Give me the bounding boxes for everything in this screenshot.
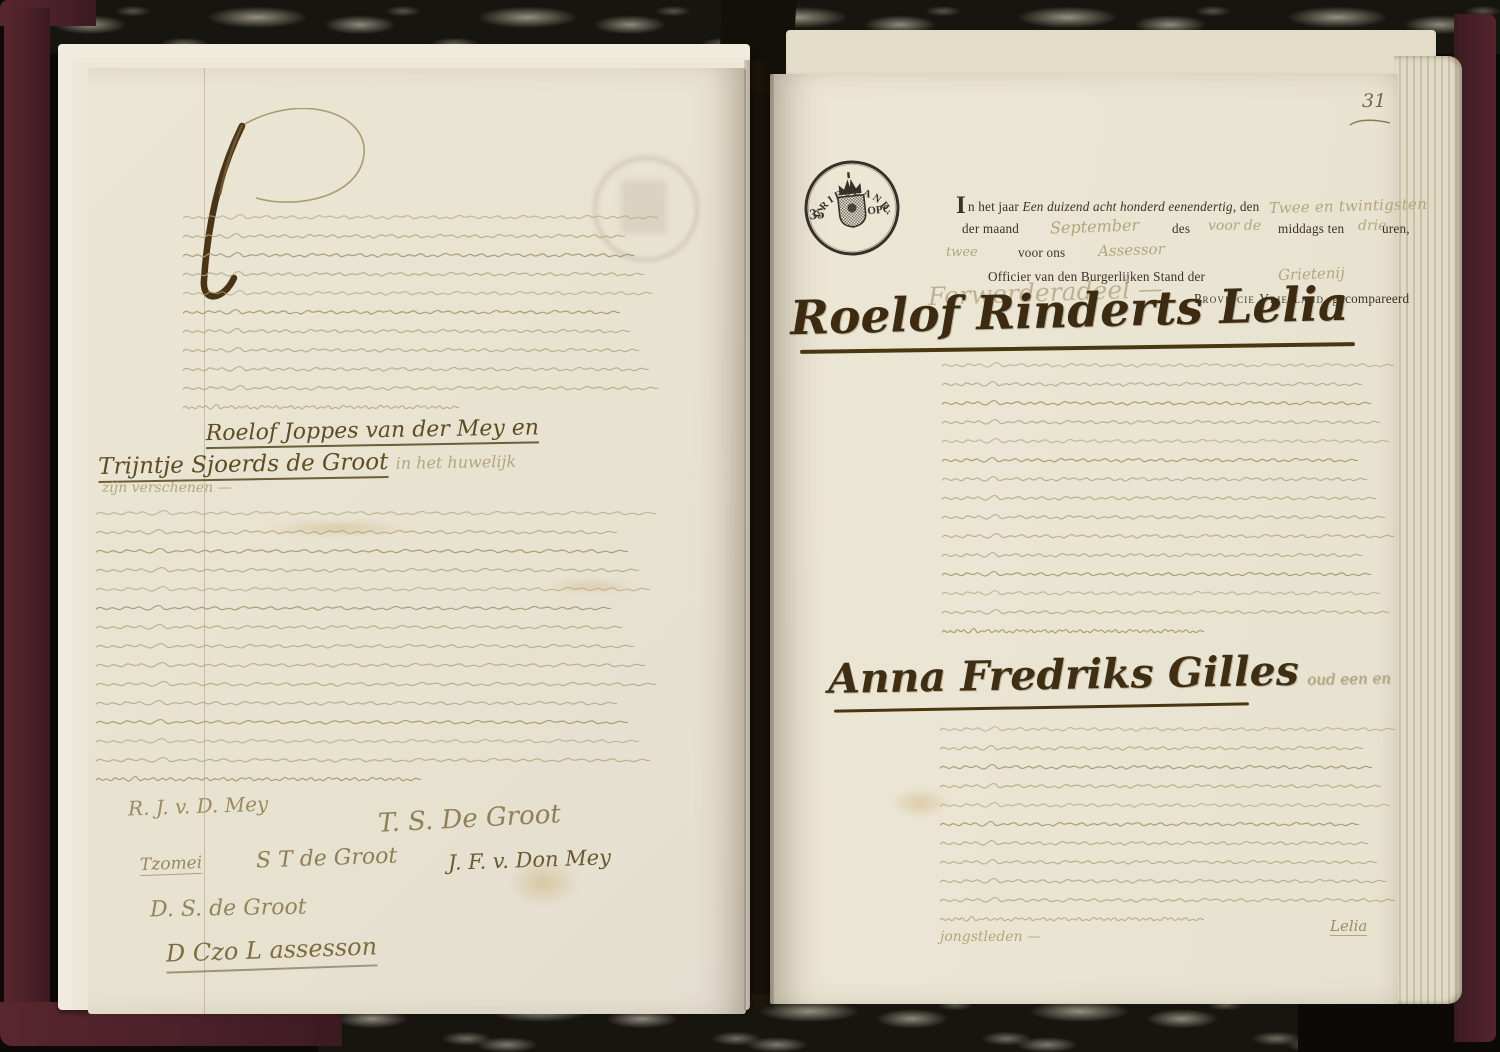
book-gutter xyxy=(744,60,774,1010)
written-day: Twee en twintigsten xyxy=(1269,195,1427,217)
couple-suffix: in het huwelijk xyxy=(396,452,517,473)
signature: D. S. de Groot xyxy=(150,895,307,923)
handwritten-paragraph xyxy=(96,506,656,791)
form-line-3: voor ons xyxy=(1018,245,1065,261)
page-edges-top xyxy=(786,30,1436,80)
signature: Tzomei xyxy=(140,853,203,876)
closing-words: zijn verschenen — xyxy=(102,480,232,496)
signature: T. S. De Groot xyxy=(377,799,561,839)
bride-name-calligraphy: Anna Fredriks Gillesoud een en xyxy=(828,645,1391,703)
paper-stain xyxy=(263,520,413,536)
form-line-2-label: der maand xyxy=(962,221,1019,237)
bride-suffix: oud een en xyxy=(1307,669,1391,688)
handwritten-paragraph xyxy=(183,210,658,419)
bride-underline xyxy=(834,702,1249,712)
stamp-value: 35 xyxy=(809,206,826,223)
body-last-words: jongstleden — xyxy=(940,929,1041,945)
signature: R. J. v. D. Mey xyxy=(128,792,269,821)
paper-stain xyxy=(508,860,578,906)
written-margin-word: twee xyxy=(946,245,978,260)
clerk-signature: Lelia xyxy=(1330,917,1367,936)
written-officer: Assessor xyxy=(1098,240,1165,260)
written-month: September xyxy=(1050,215,1140,237)
revenue-stamp: VRIESLAND. 35 OPC xyxy=(797,153,907,263)
leather-cover-left xyxy=(4,8,50,1044)
book-scan: Roelof Joppes van der Mey en Trijntje Sj… xyxy=(0,0,1500,1052)
groom-name-calligraphy: Roelof Rinderts Lelia xyxy=(789,277,1349,347)
couple-name-bride: Trijntje Sjoerds de Groot xyxy=(98,449,389,483)
form-dropcap: I xyxy=(956,192,966,219)
paper-stain xyxy=(543,580,638,592)
page-number-flourish xyxy=(1348,116,1392,128)
right-page: 31 VRIESLAND. 35 OPC In het jaar Een dui… xyxy=(770,74,1398,1004)
written-daypart: voor de xyxy=(1208,218,1261,234)
signature: D Czo L assesson xyxy=(165,932,377,973)
handwritten-paragraph xyxy=(940,722,1395,931)
stamp-opc: OPC xyxy=(867,203,891,217)
paper-stain xyxy=(890,788,950,818)
signature: S T de Groot xyxy=(256,844,398,874)
form-line-1: In het jaar Een duizend acht honderd een… xyxy=(956,190,1427,218)
page-number: 31 xyxy=(1362,90,1386,112)
left-page: Roelof Joppes van der Mey en Trijntje Sj… xyxy=(88,68,746,1014)
couple-name-groom: Roelof Joppes van der Mey en xyxy=(206,415,540,449)
handwritten-paragraph xyxy=(942,358,1394,643)
stamp-crown-icon xyxy=(838,178,861,195)
couple-names: Roelof Joppes van der Mey en Trijntje Sj… xyxy=(98,413,674,480)
